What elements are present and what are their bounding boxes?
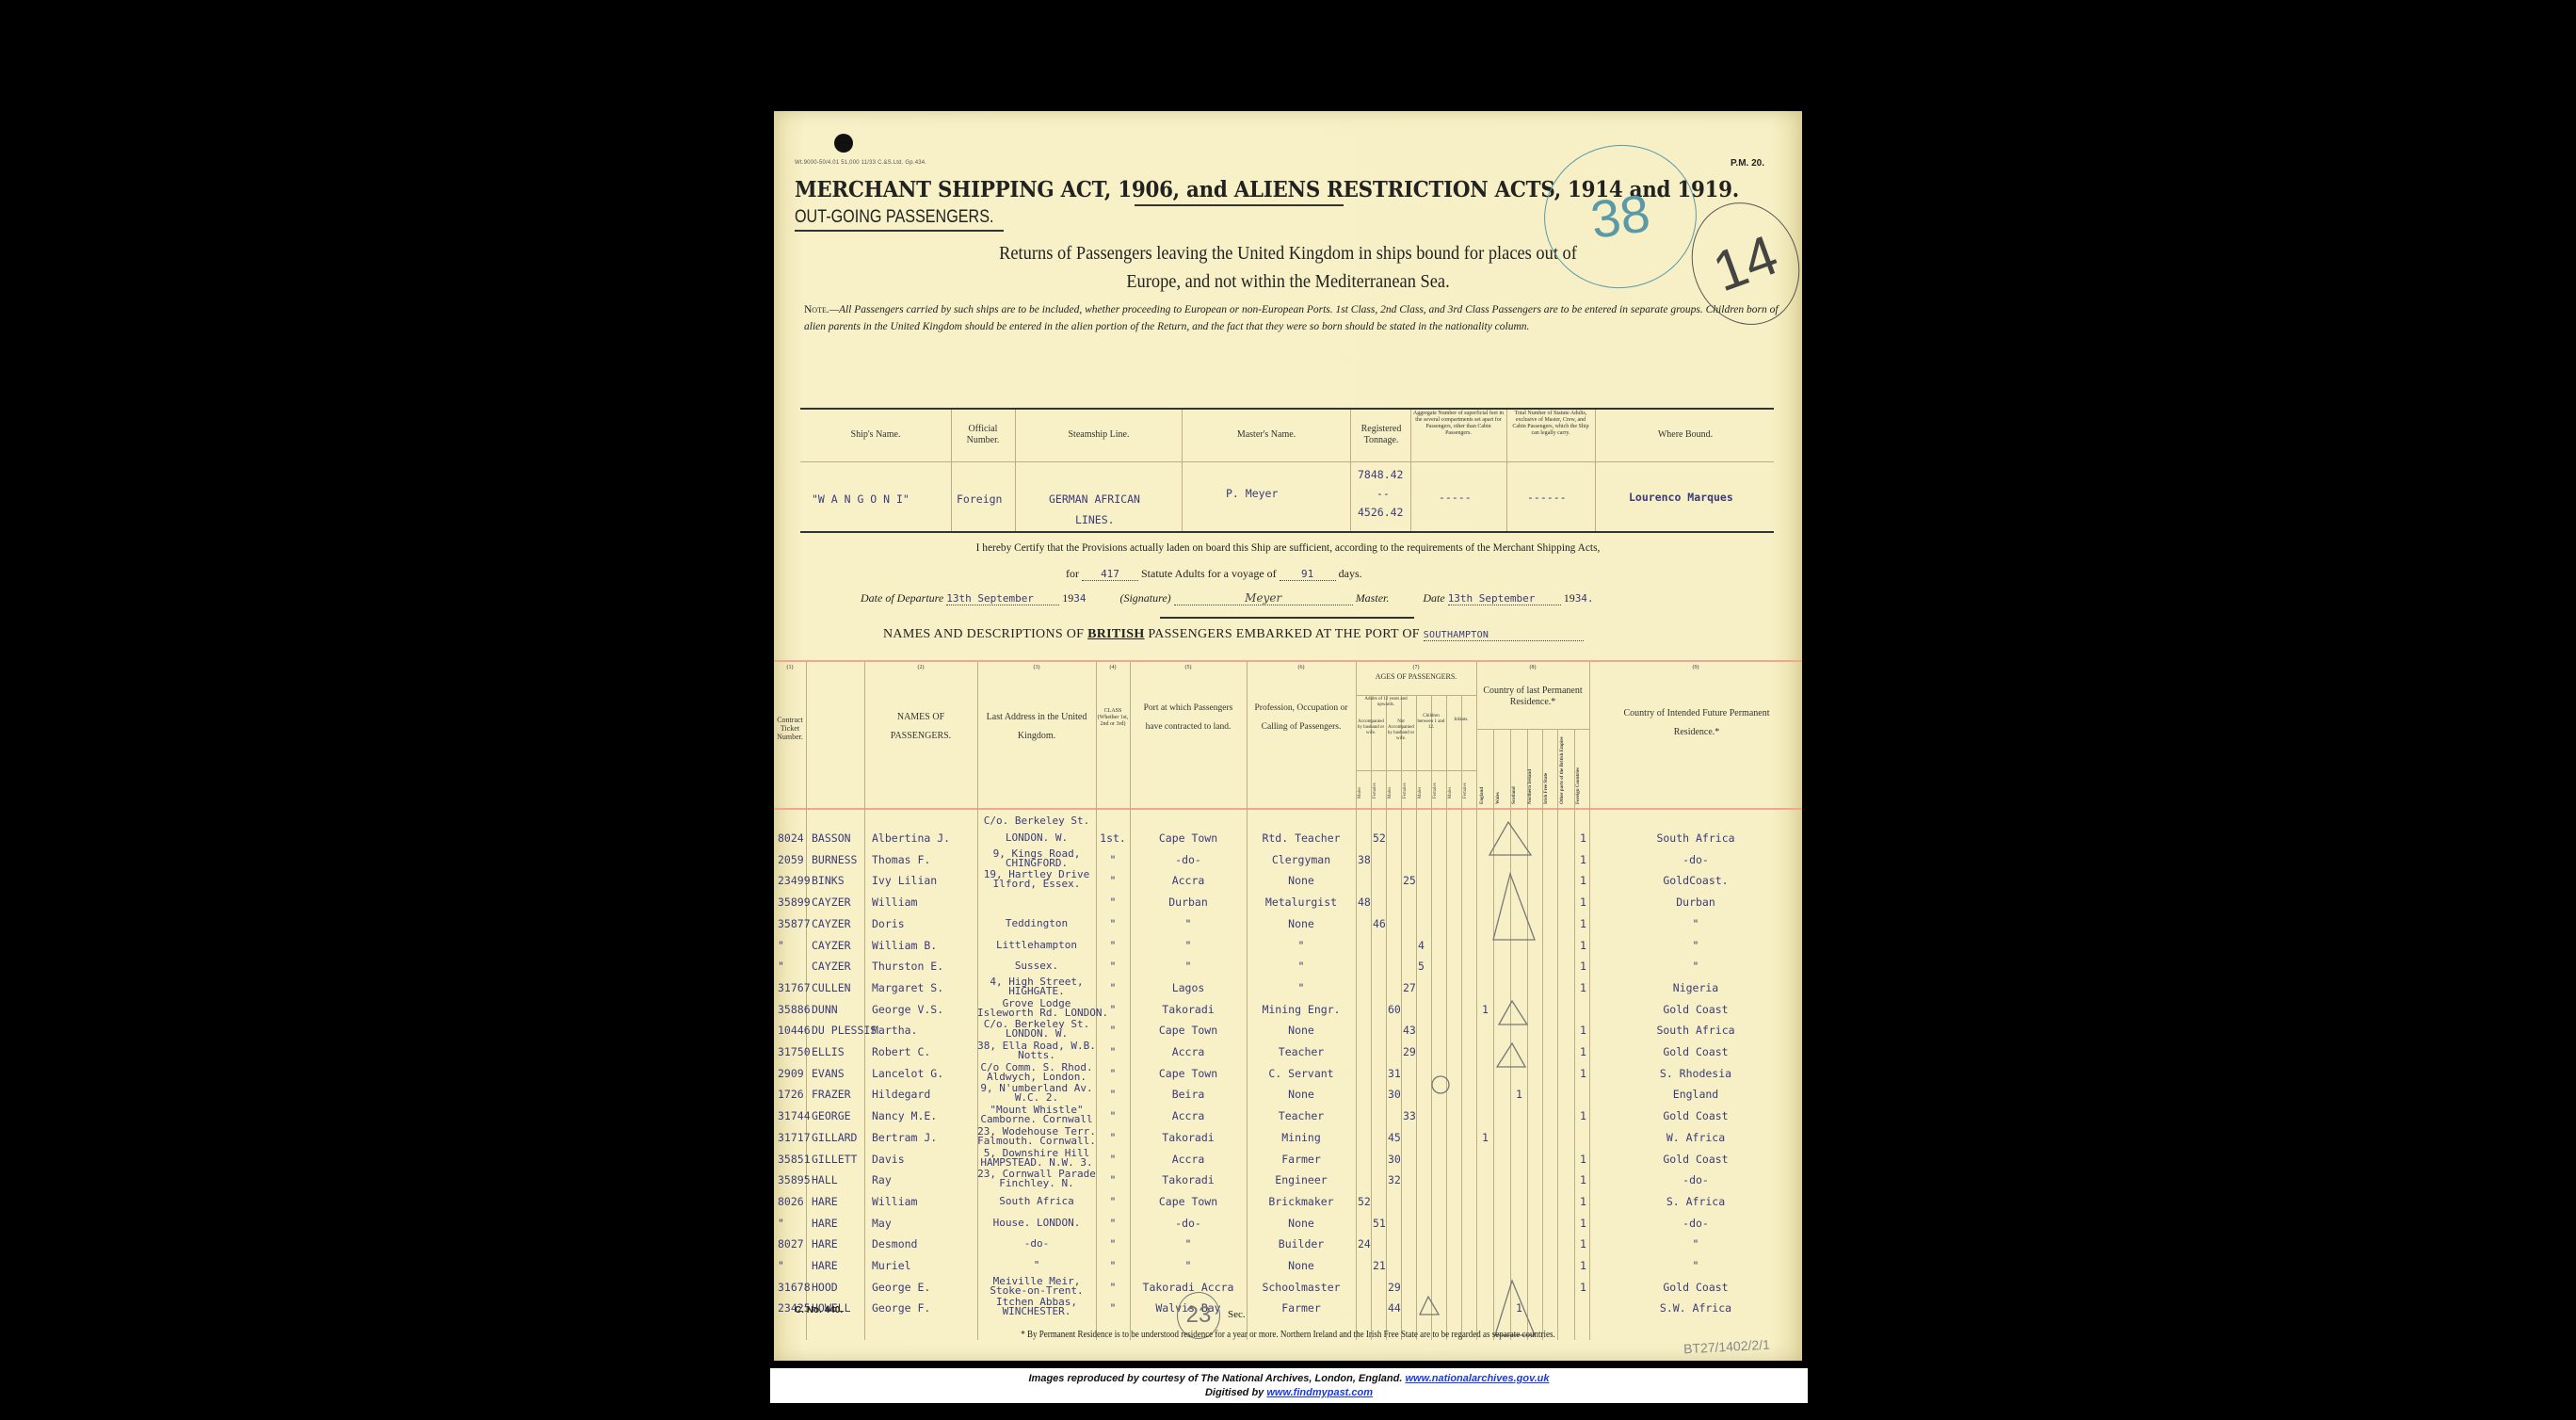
national-archives-link[interactable]: www.nationalarchives.gov.uk <box>1405 1373 1549 1384</box>
sec-label: Sec. <box>1228 1309 1246 1320</box>
archive-credit-footer: Images reproduced by courtesy of The Nat… <box>770 1368 1808 1403</box>
footnote: * By Permanent Residence is to be unders… <box>826 1330 1751 1340</box>
form-number: C. No. 440. <box>795 1305 843 1315</box>
pencil-annotations <box>774 111 1802 1361</box>
findmypast-link[interactable]: www.findmypast.com <box>1266 1387 1373 1398</box>
passenger-list-document: Wt.9000-50/4.01 51,000 11/33 C.&S.Ltd. G… <box>774 111 1802 1361</box>
